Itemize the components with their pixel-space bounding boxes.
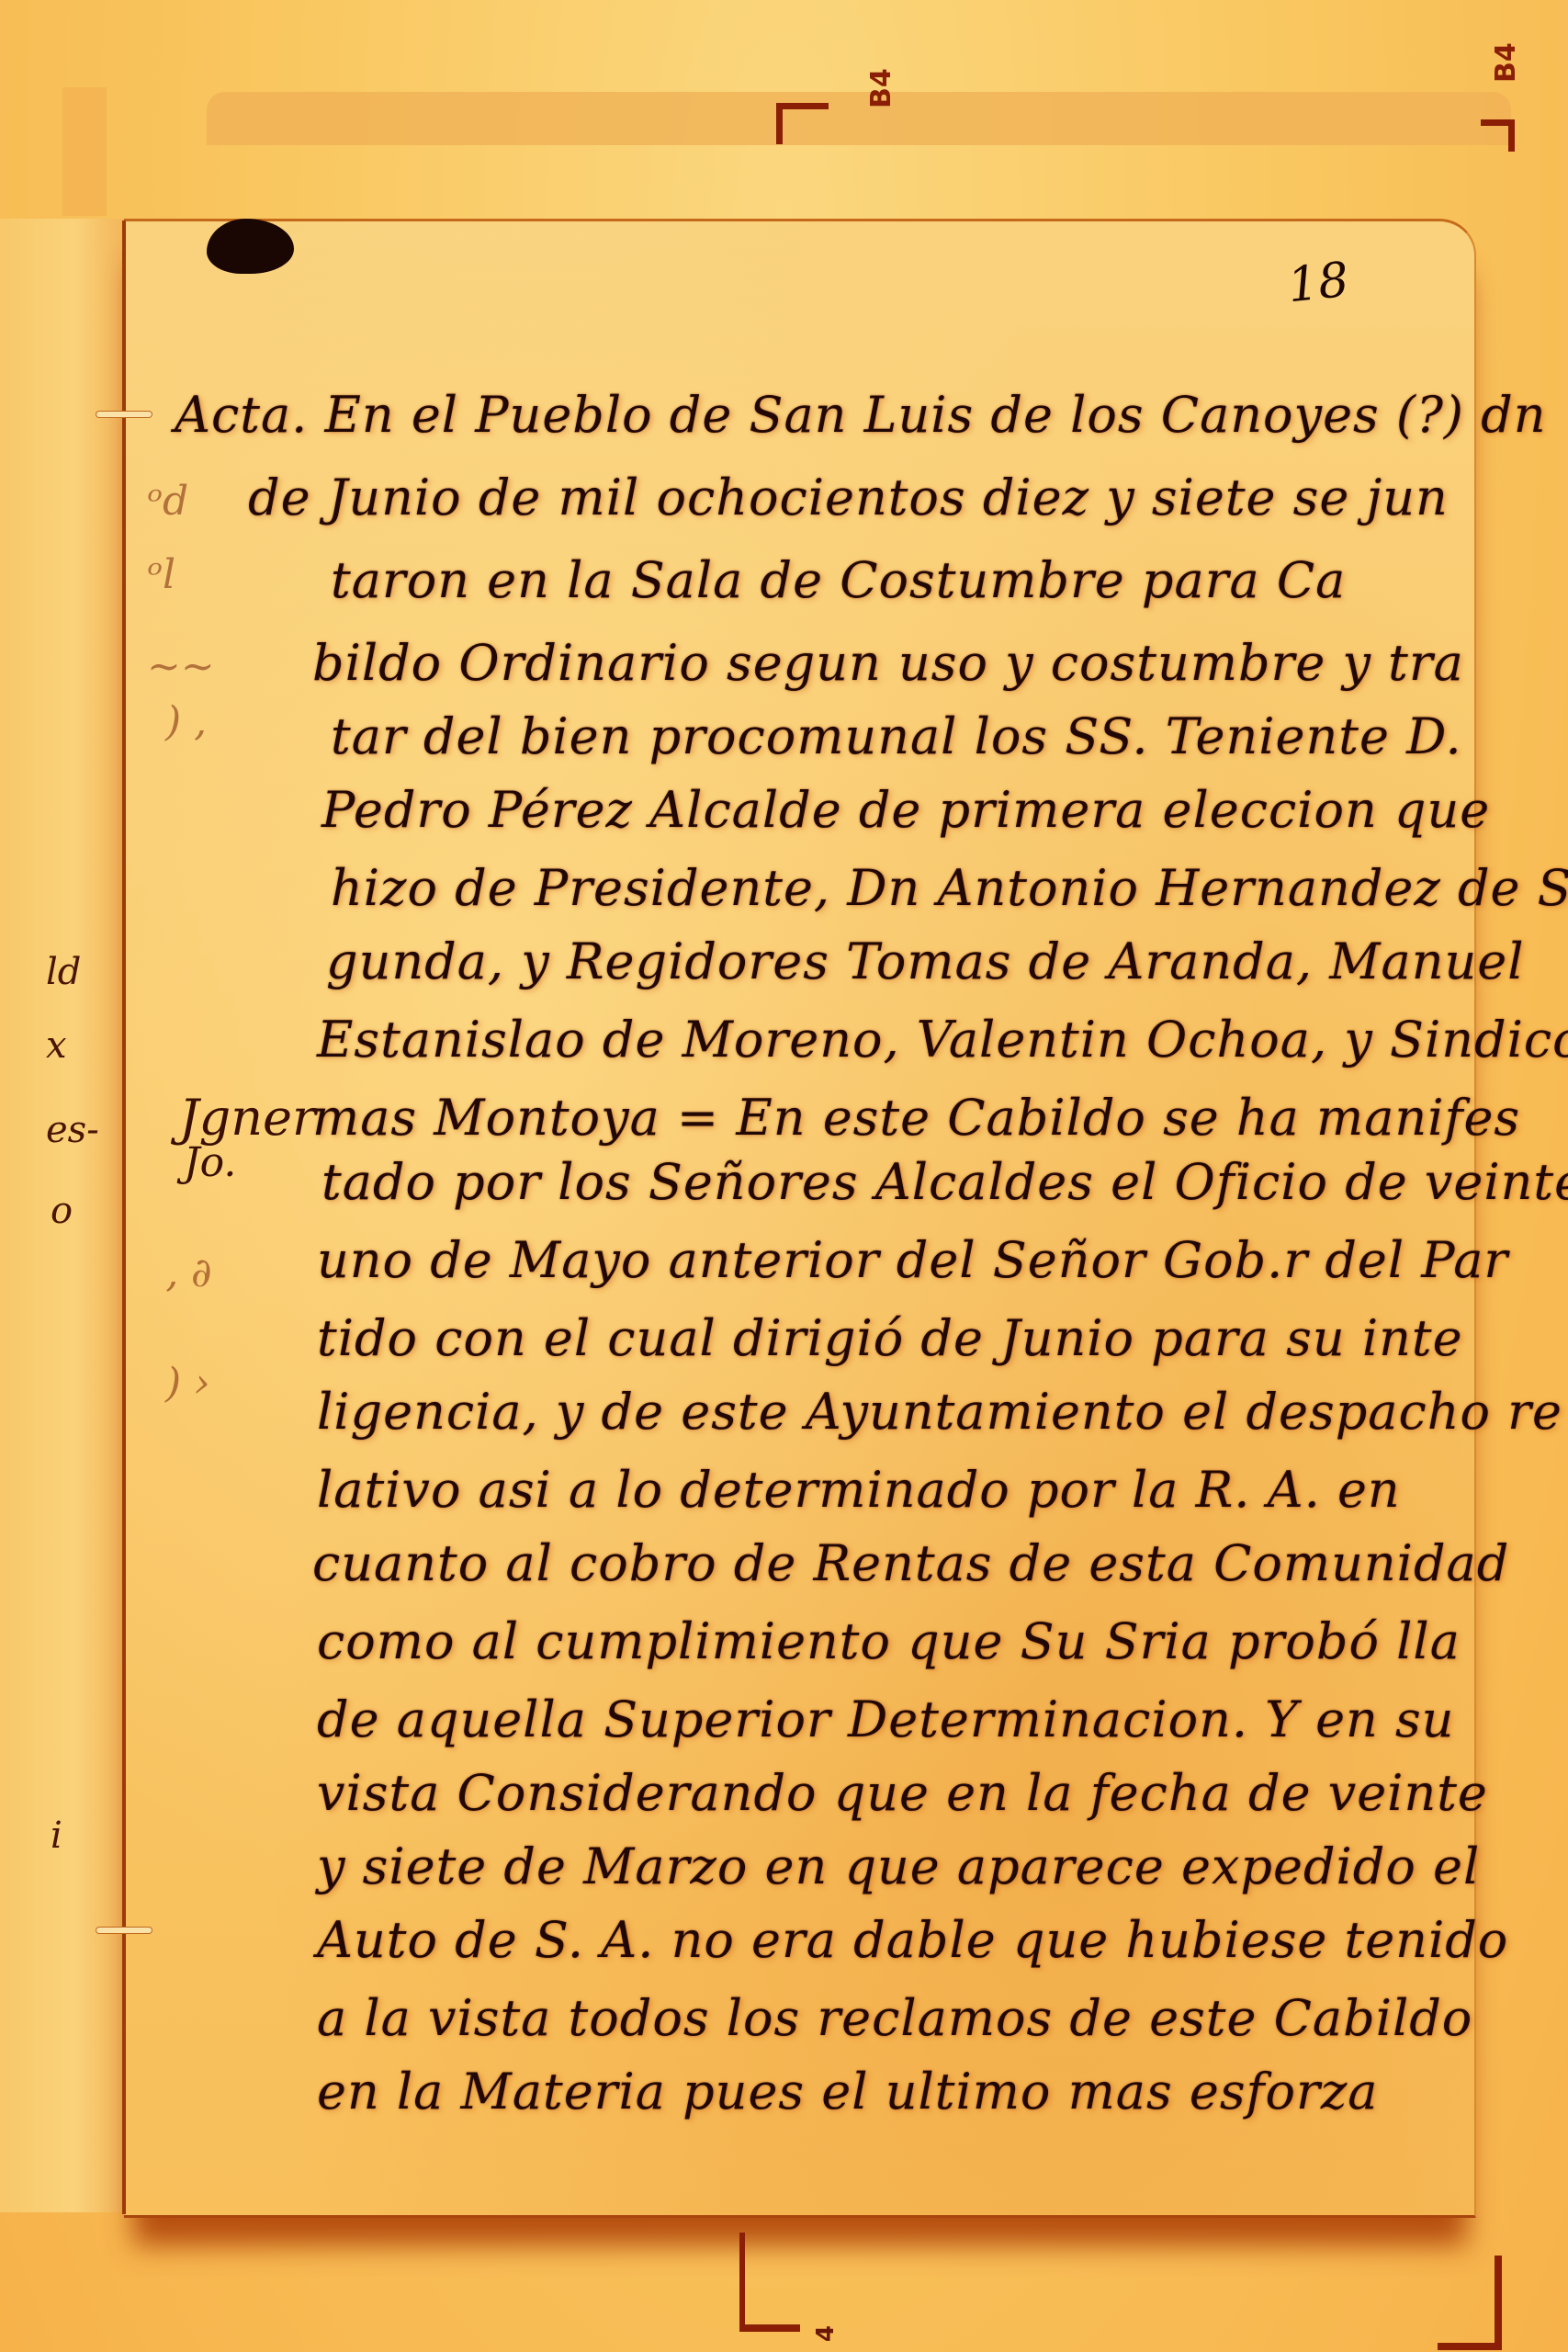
manuscript-line: y siete de Marzo en que aparece expedido… (317, 1837, 1480, 1895)
page-top-shadow (207, 92, 1511, 145)
binding-stitch (96, 1928, 152, 1933)
bleed-through-mark: ) , (165, 698, 207, 745)
registration-mark-bottom-center (739, 2233, 800, 2332)
manuscript-line: tar del bien procomunal los SS. Teniente… (331, 707, 1462, 765)
bleed-through-mark: ) › (165, 1360, 210, 1407)
bleed-through-mark: ~~ (147, 643, 215, 690)
manuscript-line: vista Considerando que en la fecha de ve… (317, 1764, 1488, 1822)
registration-mark-bottom-right (1438, 2256, 1502, 2350)
registration-mark-top-right (1481, 119, 1515, 152)
manuscript-line: lativo asi a lo determinado por la R. A.… (317, 1461, 1401, 1519)
manuscript-line: Auto de S. A. no era dable que hubiese t… (317, 1911, 1508, 1969)
manuscript-line: tado por los Señores Alcaldes el Oficio … (321, 1153, 1568, 1211)
left-page-verso: ld x es- o i (0, 219, 126, 2212)
manuscript-line: Estanislao de Moreno, Valentin Ochoa, y … (317, 1011, 1568, 1069)
bleed-through-mark: ᵒd (147, 478, 188, 525)
manuscript-line: tido con el cual dirigió de Junio para s… (317, 1309, 1463, 1367)
binding-stitch (96, 412, 152, 417)
manuscript-line: de aquella Superior Determinacion. Y en … (317, 1690, 1454, 1748)
margin-note-jo: Jo. (184, 1139, 236, 1186)
manuscript-line: taron en la Sala de Costumbre para Ca (331, 551, 1346, 609)
manuscript-line: gunda, y Regidores Tomas de Aranda, Manu… (326, 933, 1525, 990)
manuscript-line: hizo de Presidente, Dn Antonio Hernandez… (331, 859, 1568, 917)
manuscript-line: de Junio de mil ochocientos diez y siete… (248, 469, 1449, 526)
manuscript-line: Pedro Pérez Alcalde de primera eleccion … (321, 781, 1490, 839)
manuscript-line: a la vista todos los reclamos de este Ca… (317, 1989, 1472, 2047)
manuscript-line: en la Materia pues el ultimo mas esforza (317, 2063, 1379, 2120)
manuscript-line: ligencia, y de este Ayuntamiento el desp… (317, 1383, 1562, 1441)
registration-mark-top-center (776, 103, 829, 144)
registration-label-top-center: B4 (865, 68, 897, 108)
manuscript-line: como al cumplimiento que Su Sria probó l… (317, 1612, 1461, 1670)
manuscript-line: bildo Ordinario segun uso y costumbre y … (312, 634, 1464, 692)
folio-number: 18 (1285, 253, 1351, 314)
margin-note-jgner: Jgner (179, 1089, 316, 1147)
manuscript-line: cuanto al cobro de Rentas de esta Comuni… (312, 1534, 1509, 1592)
left-page-top-shadow (62, 87, 107, 216)
manuscript-line: mas Montoya = En este Cabildo se ha mani… (312, 1089, 1520, 1147)
manuscript-line: uno de Mayo anterior del Señor Gob.r del… (317, 1231, 1508, 1289)
manuscript-line: Acta. En el Pueblo de San Luis de los Ca… (175, 386, 1547, 444)
bleed-through-mark: ‚ ∂ (165, 1249, 212, 1296)
registration-label-top-right: B4 (1490, 42, 1522, 83)
binding-fold (122, 220, 126, 2214)
bleed-through-mark: ᵒl (147, 551, 175, 598)
registration-label-bottom-center: 4 (812, 2325, 840, 2342)
